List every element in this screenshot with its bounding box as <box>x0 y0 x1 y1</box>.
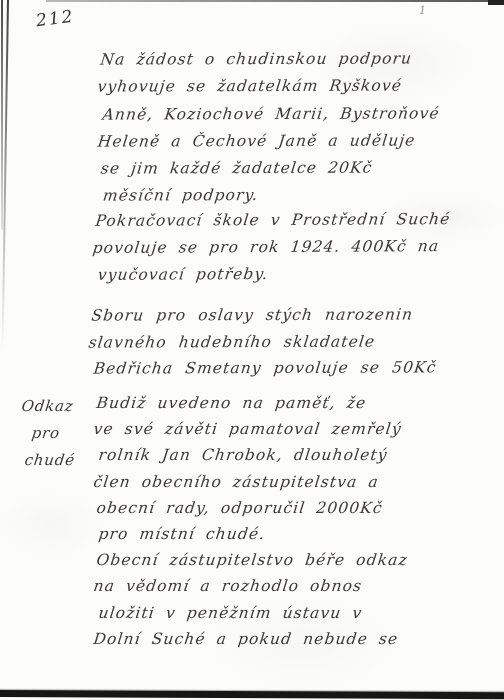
handwritten-line: Budiž uvedeno na paměť, že <box>95 390 409 416</box>
scan-edge-left-inner-line <box>1 0 3 230</box>
handwritten-line: vyhovuje se žadatelkám Ryškové <box>96 73 441 102</box>
handwritten-line: člen obecního zástupitelstva a <box>92 469 409 495</box>
paragraph-pokracovaci-skola: Pokračovací škole v Prostřední Suché pov… <box>94 206 449 289</box>
handwritten-line: rolník Jan Chrobok, dlouholetý <box>97 442 409 468</box>
paragraph-chudinska-podpora: Na žádost o chudinskou podporu vyhovuje … <box>99 45 439 210</box>
scan-edge-top-right-corner <box>488 0 504 5</box>
handwritten-line: Pokračovací škole v Prostřední Suché <box>94 206 452 235</box>
handwritten-line: na vědomí a rozhodlo obnos <box>92 573 409 599</box>
handwritten-line: uložiti v peněžním ústavu v <box>97 600 409 626</box>
handwritten-line: vyučovací potřeby. <box>96 260 452 289</box>
scan-edge-top <box>46 0 504 2</box>
margin-note-line: chudé <box>23 447 77 474</box>
handwritten-line: Bedřicha Smetany povoluje se 50Kč <box>92 354 438 382</box>
margin-note-odkaz-pro-chude: Odkaz pro chudé <box>20 393 73 474</box>
handwritten-line: slavného hudebního skladatele <box>87 328 438 356</box>
handwritten-line: Sboru pro oslavy stých narozenin <box>90 301 438 329</box>
handwritten-line: Dolní Suché a pokud nebude se <box>92 626 409 652</box>
handwritten-line: Heleně a Čechové Janě a uděluje <box>96 127 441 156</box>
handwritten-line: pro místní chudé. <box>97 521 409 547</box>
paragraph-oslavy-smetana: Sboru pro oslavy stých narozenin slavnéh… <box>90 301 435 382</box>
paragraph-odkaz-pro-chude: Budiž uvedeno na paměť, že ve své závěti… <box>95 390 406 652</box>
handwritten-line: Anně, Koziochové Marii, Bystroňové <box>101 100 441 128</box>
corner-pencil-mark: 1 <box>419 4 426 17</box>
page-number: 212 <box>35 7 76 32</box>
scan-edge-bottom <box>0 690 504 699</box>
margin-note-line: pro <box>30 420 77 447</box>
handwritten-line: ve své závěti pamatoval zemřelý <box>92 416 409 442</box>
handwritten-line: obecní rady, odporučil 2000Kč <box>95 495 409 521</box>
handwritten-line: se jim každé žadatelce 20Kč <box>99 155 441 183</box>
manuscript-page: 212 1 Odkaz pro chudé Na žádost o chudin… <box>0 0 504 700</box>
margin-note-line: Odkaz <box>20 393 77 420</box>
handwritten-line: povoluje se pro rok 1924. 400Kč na <box>91 233 452 262</box>
handwritten-line: Obecní zástupitelstvo béře odkaz <box>95 547 409 573</box>
handwritten-line: Na žádost o chudinskou podporu <box>99 45 441 73</box>
